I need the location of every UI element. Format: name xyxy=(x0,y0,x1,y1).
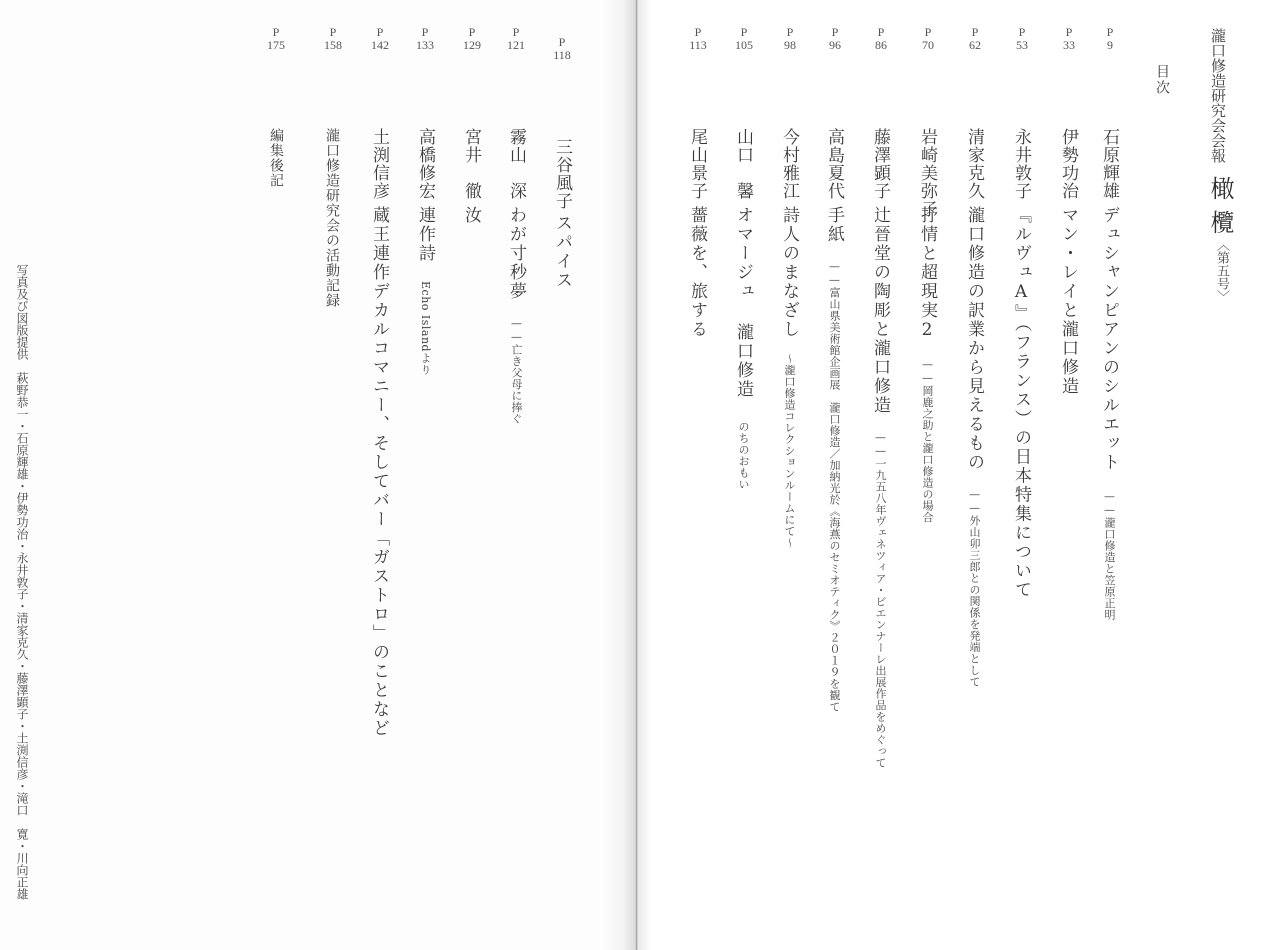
page-number: P 96 xyxy=(815,26,855,52)
entry-title: オマージュ 瀧口修造のちのおもい xyxy=(731,206,756,490)
entry-author: 宮井 徹 xyxy=(459,128,484,200)
book-gutter xyxy=(600,0,652,950)
page-value: 53 xyxy=(1002,39,1042,52)
page-number: P 142 xyxy=(360,26,400,52)
entry-author: 山口 馨 xyxy=(731,128,756,200)
page-number: P 158 xyxy=(313,26,353,52)
entry-title: 連作詩Echo Islandより xyxy=(413,206,438,375)
entry-title: 『ルヴュA』（フランス）の日本特集について xyxy=(1009,206,1034,600)
page-number: P 86 xyxy=(861,26,901,52)
entry-title-text: 汝 xyxy=(461,206,481,225)
entry-title: 抒情と超現実2——岡鹿之助と瀧口修造の場合 xyxy=(915,206,940,523)
entry-subtitle: ——岡鹿之助と瀧口修造の場合 xyxy=(921,358,934,523)
entry-author: 高橋修宏 xyxy=(413,128,438,200)
photo-credits: 写真及び図版提供 萩野恭一・石原輝雄・伊勢功治・永井敦子・清家克久・藤澤顕子・土… xyxy=(14,264,31,900)
entry-title-text: 手紙 xyxy=(824,206,844,244)
entry-author: 石原輝雄 xyxy=(1097,128,1122,200)
entry-title-text: 辻晉堂の陶彫と瀧口修造 xyxy=(870,206,890,415)
page-value: 158 xyxy=(313,39,353,52)
entry-title-text: 抒情と超現実2 xyxy=(917,206,937,342)
journal-name: 橄欖 xyxy=(1203,176,1238,244)
entry-title-text: わが寸秒夢 xyxy=(506,206,526,301)
page-number: P 70 xyxy=(908,26,948,52)
page-number: P 175 xyxy=(256,26,296,52)
page-value: 121 xyxy=(496,39,536,52)
entry-author: 岩崎美弥子 xyxy=(915,128,940,218)
book-spread: 瀧口修造研究会会報 橄欖 〈第五号〉 目次 P 9 石原輝雄 デュシャンピアンの… xyxy=(0,0,1280,950)
page-value: 113 xyxy=(678,39,718,52)
toc-heading: 目次 xyxy=(1152,64,1172,96)
entry-title: 詩人のまなざし～瀧口修造コレクションルームにて～ xyxy=(777,206,802,549)
entry-title-text: 瀧口修造の訳業から見えるもの xyxy=(964,206,984,472)
entry-title: 瀧口修造の訳業から見えるもの——外山卯三郎との関係を発端として xyxy=(962,206,987,688)
entry-author: 尾山景子 xyxy=(685,128,710,200)
page-value: 70 xyxy=(908,39,948,52)
entry-title: デュシャンピアンのシルエット——瀧口修造と笠原正明 xyxy=(1097,206,1122,621)
entry-title-text: 連作詩 xyxy=(415,206,435,263)
entry-subtitle: ～瀧口修造コレクションルームにて～ xyxy=(783,353,796,549)
entry-author: 藤澤顕子 xyxy=(868,128,893,200)
page-number: P 9 xyxy=(1090,26,1130,52)
entry-title: わが寸秒夢——亡き父母に捧ぐ xyxy=(504,206,529,425)
entry-title-text: オマージュ 瀧口修造 xyxy=(733,206,753,399)
entry-author: 瀧口修造研究会の活動記録 xyxy=(322,128,342,308)
entry-title-text: スパイス xyxy=(552,214,572,290)
entry-title: 手紙——富山県美術館企画展 瀧口修造／加納光於《海燕のセミオティク》２０１９を観… xyxy=(822,206,847,713)
entry-title: 薔薇を、旅する xyxy=(685,206,710,339)
page-value: 118 xyxy=(542,49,582,62)
page-number: P 62 xyxy=(955,26,995,52)
issue-number: 〈第五号〉 xyxy=(1212,238,1231,303)
page-number: P 98 xyxy=(770,26,810,52)
entry-subtitle: ——一九五八年ヴェネツィア・ビエンナーレ出展作品をめぐって xyxy=(874,431,887,769)
page-value: 33 xyxy=(1049,39,1089,52)
entry-title: 蔵王連作デカルコマニー、そしてバー「ガストロ」のことなど xyxy=(367,206,392,738)
entry-subtitle: ——外山卯三郎との関係を発端として xyxy=(968,488,981,688)
entry-author: 霧山 深 xyxy=(504,128,529,200)
entry-author: 三谷風子 xyxy=(550,138,575,210)
page-number: P 53 xyxy=(1002,26,1042,52)
entry-title-text: 『ルヴュA』（フランス）の日本特集について xyxy=(1011,206,1031,600)
entry-subtitle: ——亡き父母に捧ぐ xyxy=(510,317,523,425)
entry-author: 編集後記 xyxy=(266,128,286,188)
left-page xyxy=(0,0,636,950)
page-number: P 33 xyxy=(1049,26,1089,52)
entry-title: マン・レイと瀧口修造 xyxy=(1056,206,1081,396)
page-number: P 113 xyxy=(678,26,718,52)
journal-title: 瀧口修造研究会会報 xyxy=(1208,28,1229,163)
entry-title: 辻晉堂の陶彫と瀧口修造——一九五八年ヴェネツィア・ビエンナーレ出展作品をめぐって xyxy=(868,206,893,769)
entry-title-text: デュシャンピアンのシルエット xyxy=(1099,206,1119,472)
page-number: P 129 xyxy=(452,26,492,52)
page-value: 62 xyxy=(955,39,995,52)
page-value: 175 xyxy=(256,39,296,52)
page-value: 96 xyxy=(815,39,855,52)
entry-author: 清家克久 xyxy=(962,128,987,200)
page-value: 86 xyxy=(861,39,901,52)
entry-title-text: 蔵王連作デカルコマニー、そしてバー「ガストロ」のことなど xyxy=(369,206,389,738)
entry-subtitle: Echo Islandより xyxy=(419,281,432,375)
page-number: P 105 xyxy=(724,26,764,52)
page-number: P 133 xyxy=(405,26,445,52)
entry-author: 高島夏代 xyxy=(822,128,847,200)
entry-subtitle: ——富山県美術館企画展 瀧口修造／加納光於《海燕のセミオティク》２０１９を観て xyxy=(828,260,841,713)
page-value: 133 xyxy=(405,39,445,52)
page-value: 142 xyxy=(360,39,400,52)
page-value: 129 xyxy=(452,39,492,52)
entry-author: 土渕信彦 xyxy=(367,128,392,200)
page-number: P 118 xyxy=(542,36,582,62)
entry-subtitle: ——瀧口修造と笠原正明 xyxy=(1103,490,1116,621)
entry-title-text: マン・レイと瀧口修造 xyxy=(1058,206,1078,396)
entry-title-text: 薔薇を、旅する xyxy=(687,206,707,339)
entry-subtitle: のちのおもい xyxy=(737,421,750,490)
page-value: 9 xyxy=(1090,39,1130,52)
entry-author: 永井敦子 xyxy=(1009,128,1034,200)
page-number: P 121 xyxy=(496,26,536,52)
page-value: 105 xyxy=(724,39,764,52)
entry-author: 今村雅江 xyxy=(777,128,802,200)
entry-author: 伊勢功治 xyxy=(1056,128,1081,200)
page-value: 98 xyxy=(770,39,810,52)
entry-title-text: 詩人のまなざし xyxy=(779,206,799,339)
entry-title: 汝 xyxy=(459,206,484,225)
entry-title: スパイス xyxy=(550,214,575,290)
